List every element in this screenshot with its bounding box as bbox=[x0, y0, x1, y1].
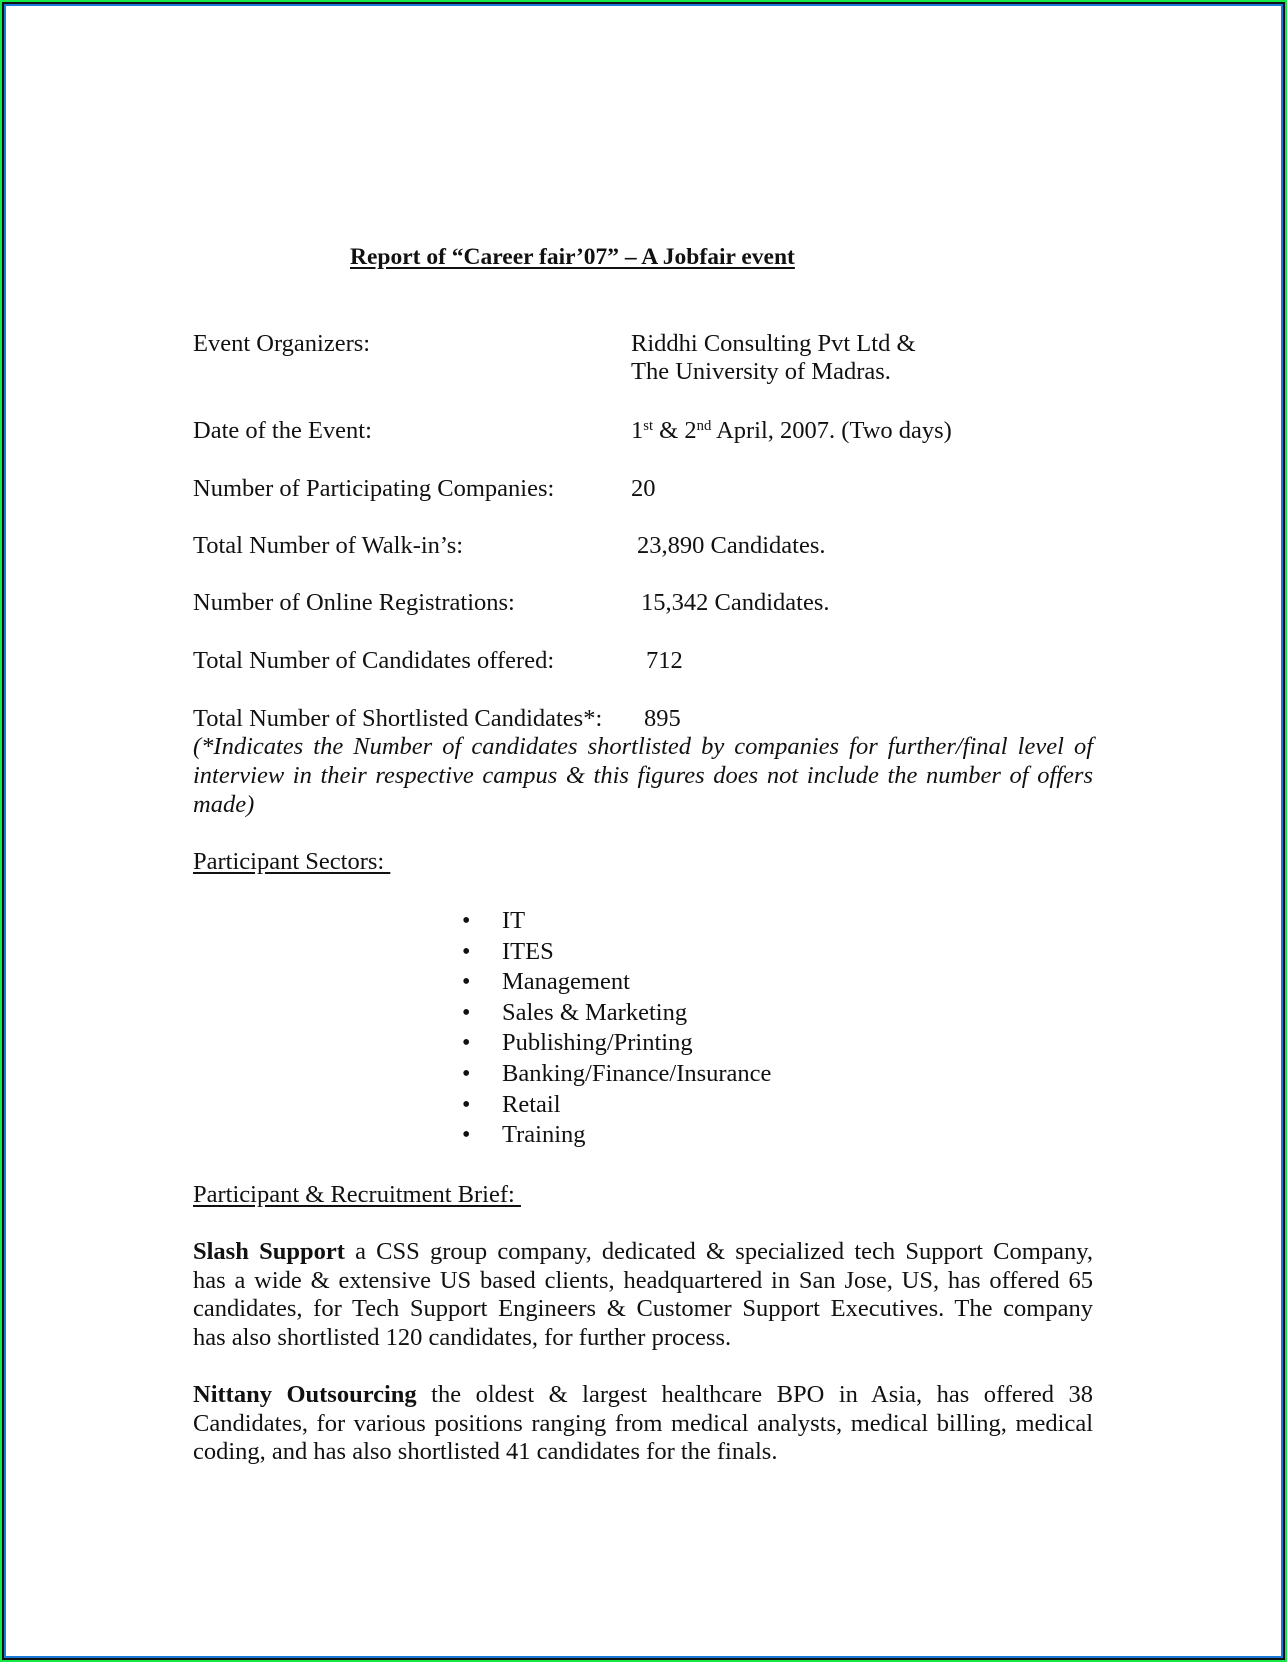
date-day2: & 2 bbox=[653, 417, 697, 444]
slash-company-name: Slash Support bbox=[193, 1238, 345, 1265]
nittany-company-name: Nittany Outsourcing bbox=[193, 1381, 417, 1408]
date-day1-suffix: st bbox=[643, 418, 653, 434]
footnote-line1: (*Indicates the Number of candidates sho… bbox=[193, 735, 1093, 760]
sector-item: IT bbox=[502, 909, 525, 934]
shortlisted-label: Total Number of Shortlisted Candidates*: bbox=[193, 707, 602, 732]
date-rest: April, 2007. (Two days) bbox=[711, 417, 952, 444]
bullet-icon: • bbox=[462, 1123, 470, 1147]
nittany-line3: coding, and has also shortlisted 41 cand… bbox=[193, 1440, 777, 1465]
organizers-value-line2: The University of Madras. bbox=[631, 360, 891, 385]
online-label: Number of Online Registrations: bbox=[193, 591, 515, 616]
bullet-icon: • bbox=[462, 1062, 470, 1086]
footnote-line3: made) bbox=[193, 793, 254, 818]
sector-item: Management bbox=[502, 970, 630, 995]
date-value: 1st & 2nd April, 2007. (Two days) bbox=[631, 419, 952, 444]
sector-item: Training bbox=[502, 1123, 586, 1148]
bullet-icon: • bbox=[462, 1093, 470, 1117]
slash-line1-text: a CSS group company, dedicated & special… bbox=[345, 1238, 1093, 1265]
offered-value: 712 bbox=[646, 649, 683, 674]
companies-label: Number of Participating Companies: bbox=[193, 477, 554, 502]
sector-item: Sales & Marketing bbox=[502, 1001, 687, 1026]
slash-line3: candidates, for Tech Support Engineers &… bbox=[193, 1297, 1093, 1322]
sector-item: Publishing/Printing bbox=[502, 1031, 693, 1056]
organizers-value-line1: Riddhi Consulting Pvt Ltd & bbox=[631, 332, 916, 357]
shortlisted-value: 895 bbox=[644, 707, 681, 732]
slash-line4: has also shortlisted 120 candidates, for… bbox=[193, 1326, 731, 1351]
sector-item: Retail bbox=[502, 1093, 561, 1118]
walkins-label: Total Number of Walk-in’s: bbox=[193, 534, 463, 559]
nittany-line1: Nittany Outsourcing the oldest & largest… bbox=[193, 1383, 1093, 1408]
bullet-icon: • bbox=[462, 909, 470, 933]
walkins-value: 23,890 Candidates. bbox=[637, 534, 826, 559]
slash-line2: has a wide & extensive US based clients,… bbox=[193, 1269, 1093, 1294]
sector-item: ITES bbox=[502, 940, 554, 965]
date-label: Date of the Event: bbox=[193, 419, 372, 444]
bullet-icon: • bbox=[462, 970, 470, 994]
bullet-icon: • bbox=[462, 1031, 470, 1055]
footnote-line2: interview in their respective campus & t… bbox=[193, 764, 1093, 789]
offered-label: Total Number of Candidates offered: bbox=[193, 649, 554, 674]
date-day2-suffix: nd bbox=[697, 418, 712, 434]
document-title: Report of “Career fair’07” – A Jobfair e… bbox=[350, 246, 795, 270]
organizers-label: Event Organizers: bbox=[193, 332, 370, 357]
nittany-line2: Candidates, for various positions rangin… bbox=[193, 1412, 1093, 1437]
brief-heading: Participant & Recruitment Brief: bbox=[193, 1183, 521, 1208]
online-value: 15,342 Candidates. bbox=[641, 591, 830, 616]
date-day1: 1 bbox=[631, 417, 643, 444]
slash-line1: Slash Support a CSS group company, dedic… bbox=[193, 1240, 1093, 1265]
sectors-heading: Participant Sectors: bbox=[193, 850, 390, 875]
companies-value: 20 bbox=[631, 477, 656, 502]
sector-item: Banking/Finance/Insurance bbox=[502, 1062, 771, 1087]
bullet-icon: • bbox=[462, 940, 470, 964]
nittany-line1-text: the oldest & largest healthcare BPO in A… bbox=[417, 1381, 1093, 1408]
bullet-icon: • bbox=[462, 1001, 470, 1025]
